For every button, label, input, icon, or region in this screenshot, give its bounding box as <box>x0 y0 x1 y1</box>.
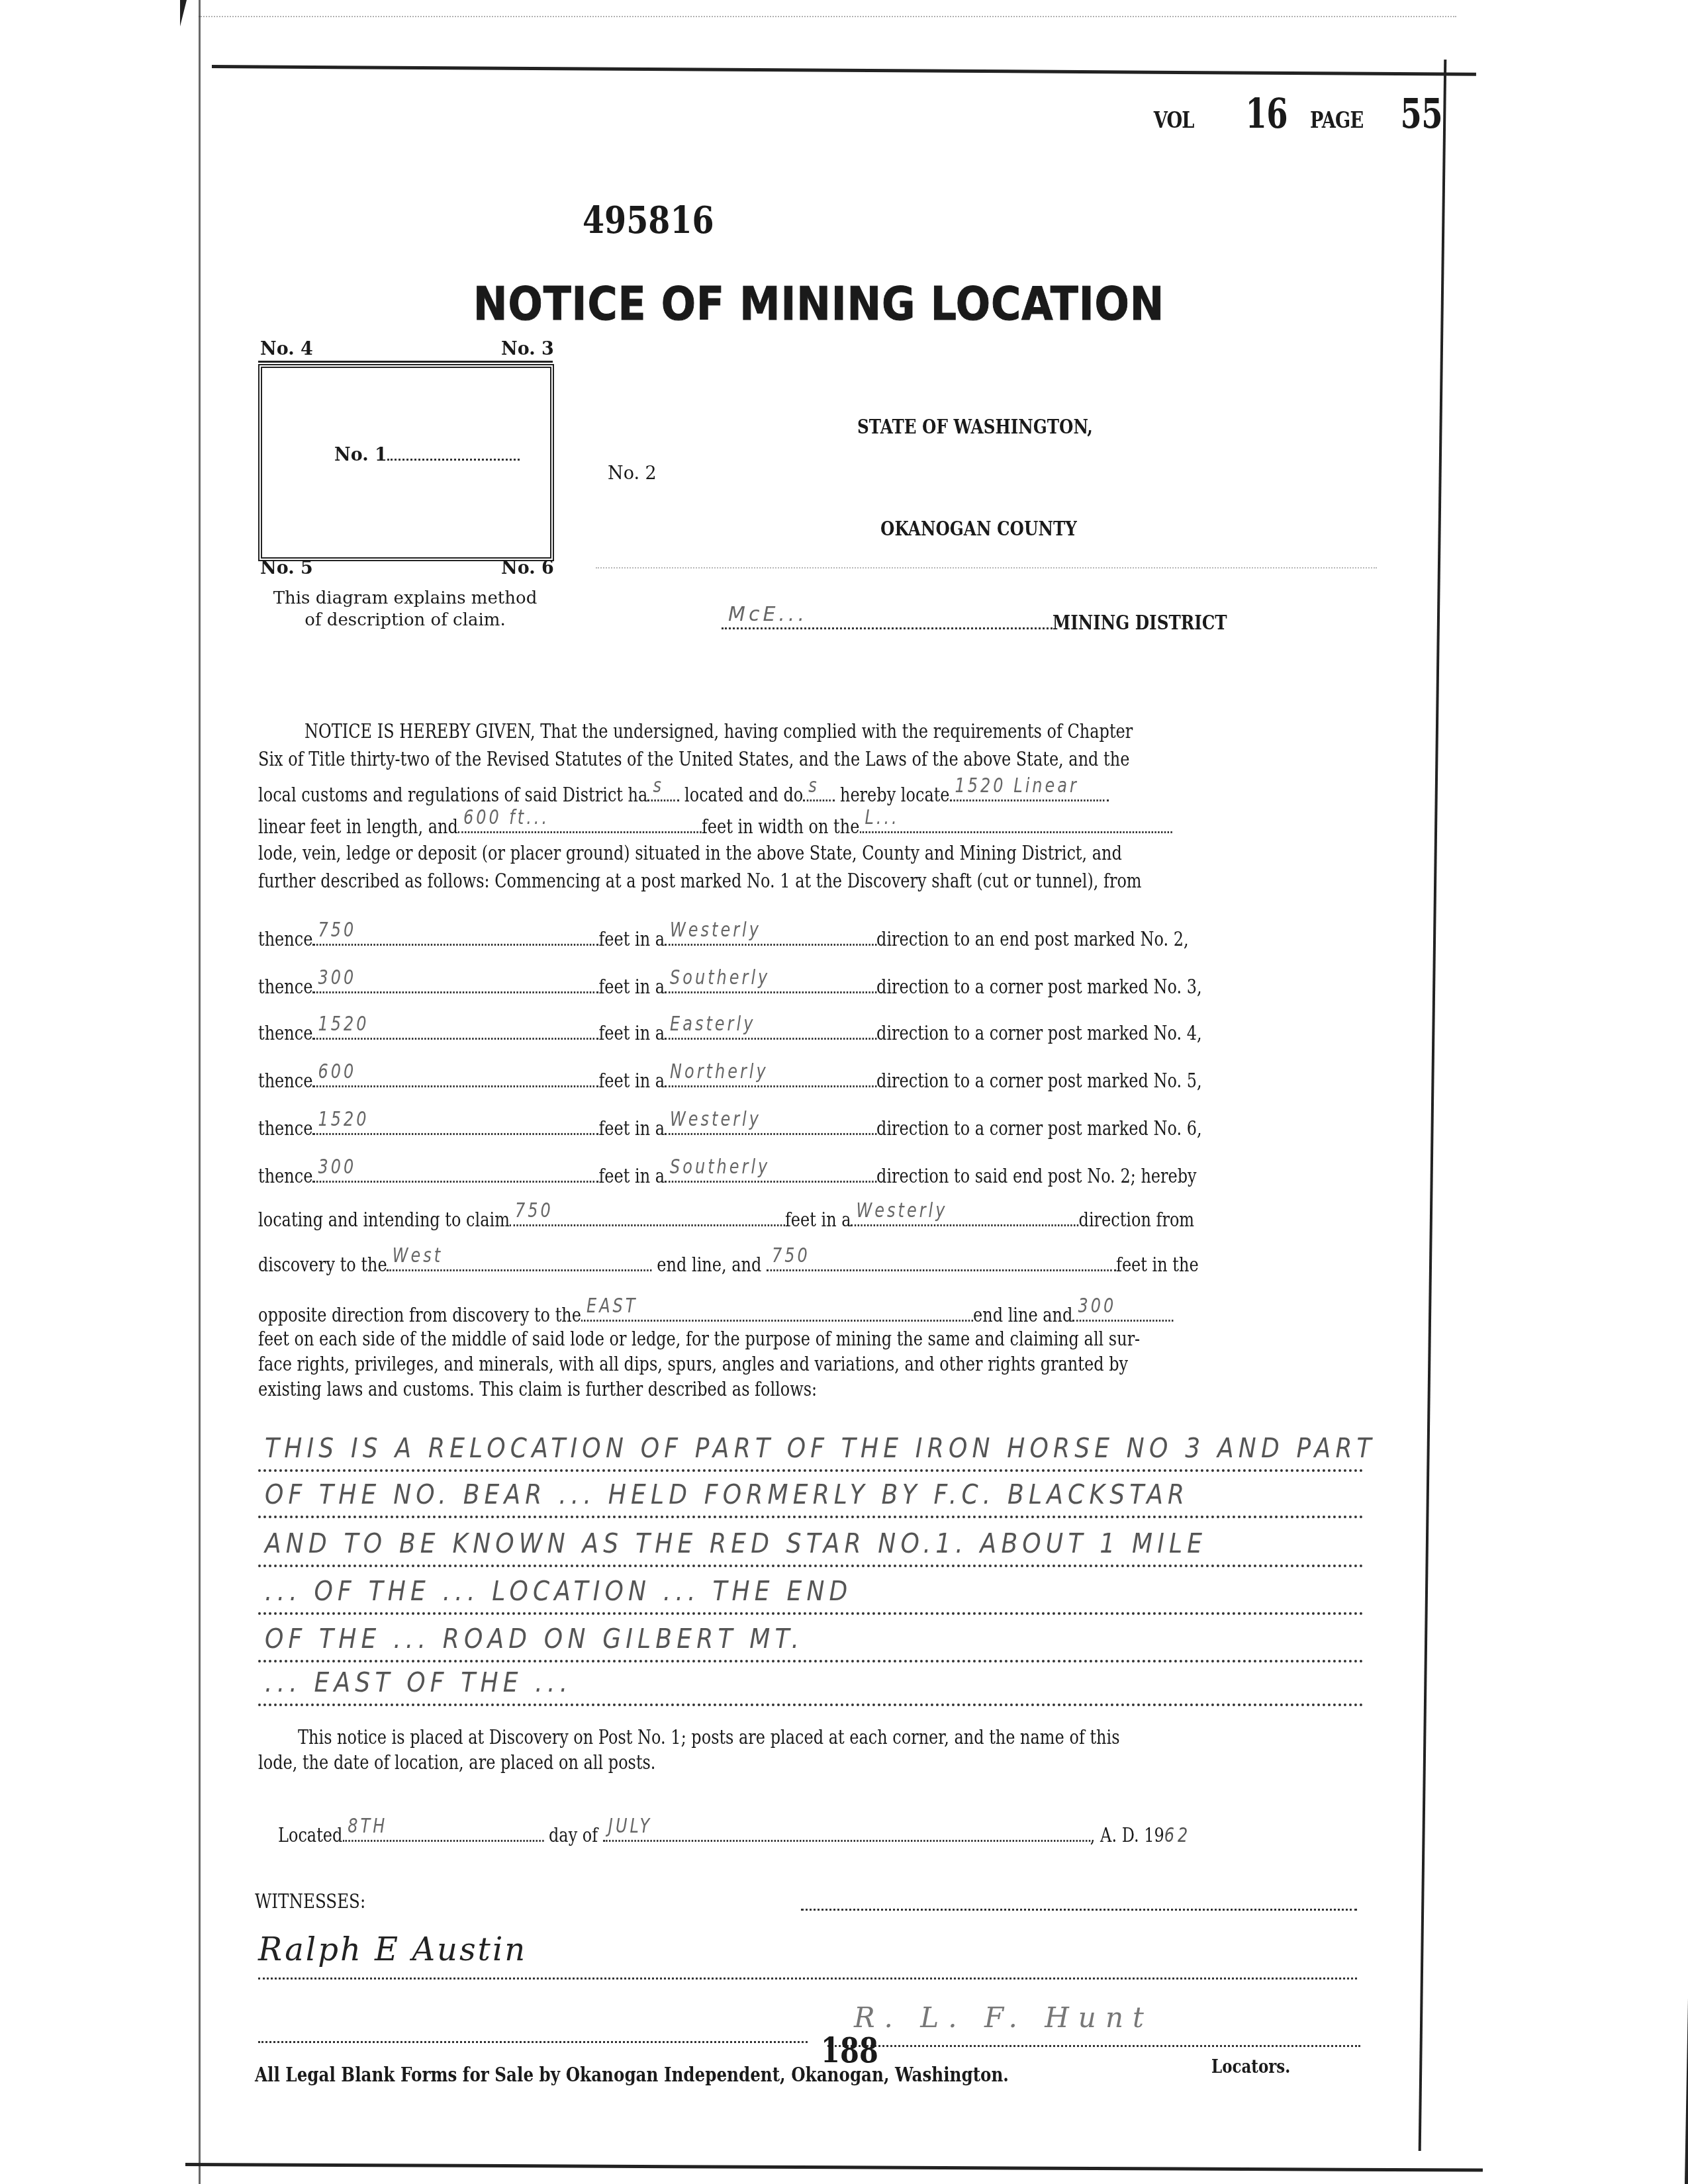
located-label: Located <box>278 1824 342 1847</box>
page-label: PAGE <box>1310 107 1363 134</box>
locator-signature-line-1 <box>801 1906 1357 1911</box>
claim-line-3: opposite direction from discovery to the… <box>258 1301 1357 1328</box>
text: Locators. <box>1211 2056 1290 2077</box>
text: feet in a <box>598 928 665 951</box>
diagram-caption: This diagram explains method of descript… <box>259 588 551 631</box>
has-value: s <box>653 774 664 798</box>
mining-district-line: McE...MINING DISTRICT <box>722 609 1265 635</box>
county-text: OKANOGAN COUNTY <box>880 518 1077 541</box>
description-line: OF THE ... ROAD ON GILBERT MT. <box>258 1619 1364 1662</box>
text: end line, and <box>657 1253 761 1277</box>
diagram-corner-no5: No. 5 <box>260 558 313 578</box>
located-date-line: Located8TH day of JULY, A. D. 1962 <box>258 1821 1377 1848</box>
course-text: thence1520feet in aEasterlydirection to … <box>258 1019 1202 1046</box>
course-row: thence300feet in aSoutherlydirection to … <box>258 1162 1357 1189</box>
text: direction to a corner post marked No. 3, <box>876 976 1202 999</box>
page-left-border <box>199 0 201 2184</box>
locate-field: 1520 Linear <box>950 781 1109 801</box>
direction-field: Northerly <box>665 1067 876 1087</box>
document-number: 495816 <box>583 199 714 242</box>
course-text: thence750feet in aWesterlydirection to a… <box>258 925 1189 952</box>
course-row: thence600feet in aNortherlydirection to … <box>258 1067 1357 1093</box>
direction-field: Easterly <box>665 1019 876 1040</box>
text: direction to a corner post marked No. 5, <box>876 1069 1202 1093</box>
scan-artifact <box>199 7 1456 17</box>
caption-line: This diagram explains method <box>259 588 551 610</box>
notice-text: lode, vein, ledge or deposit (or placer … <box>258 842 1122 866</box>
notice-line-4: linear feet in length, and600 ft...feet … <box>258 813 1357 839</box>
page-bottom-border <box>185 2163 1483 2172</box>
feet-field: 1520 <box>312 1019 598 1040</box>
claim-direction-field: Westerly <box>851 1206 1079 1226</box>
do-field: s <box>803 781 835 801</box>
text: located and do <box>684 784 803 807</box>
text: feet in a <box>598 1117 665 1140</box>
course-text: thence300feet in aSoutherlydirection to … <box>258 973 1202 999</box>
claim-text: existing laws and customs. This claim is… <box>258 1378 817 1402</box>
course-row: thence1520feet in aWesterlydirection to … <box>258 1115 1357 1141</box>
claim-line-1: locating and intending to claim750feet i… <box>258 1206 1357 1232</box>
vol-number: 16 <box>1245 89 1287 138</box>
text: locating and intending to claim <box>258 1208 510 1232</box>
dotted-leader <box>387 445 520 461</box>
claim-text: face rights, privileges, and minerals, w… <box>258 1353 1128 1377</box>
text: local customs and regulations of said Di… <box>258 784 647 807</box>
day-of-label: day of <box>549 1824 598 1847</box>
text: opposite direction from discovery to the <box>258 1304 581 1327</box>
state-heading: STATE OF WASHINGTON, <box>857 416 1145 439</box>
vol-label: VOL <box>1154 107 1194 134</box>
scan-artifact <box>596 566 1377 569</box>
notice-text: NOTICE IS HEREBY GIVEN, That the undersi… <box>305 720 1133 744</box>
text: feet in a <box>785 1208 851 1232</box>
diagram-corner-no4: No. 4 <box>260 339 313 359</box>
posting-text: This notice is placed at Discovery on Po… <box>298 1726 1120 1750</box>
direction-field: Southerly <box>665 1162 876 1183</box>
witness-signature: Ralph E Austin <box>258 1931 527 1968</box>
text: feet in a <box>598 1069 665 1093</box>
caption-line: of description of claim. <box>259 610 551 631</box>
month-field: JULY <box>603 1821 1090 1842</box>
text: hereby locate <box>840 784 950 807</box>
state-text: STATE OF WASHINGTON, <box>857 416 1093 439</box>
notice-text: local customs and regulations of said Di… <box>258 781 1109 807</box>
end-line-value: West <box>393 1244 443 1268</box>
claim-line-2: discovery to theWest end line, and 750fe… <box>258 1251 1357 1277</box>
year-label: , A. D. 19 <box>1090 1824 1164 1847</box>
diagram-corner-no6: No. 6 <box>501 558 554 578</box>
text: feet in a <box>598 1165 665 1188</box>
page-number: 55 <box>1400 89 1442 138</box>
claim-line-6: existing laws and customs. This claim is… <box>258 1378 1357 1402</box>
mining-district-value: McE... <box>728 603 808 626</box>
course-text: thence600feet in aNortherlydirection to … <box>258 1067 1202 1093</box>
description-text: OF THE ... ROAD ON GILBERT MT. <box>265 1624 804 1655</box>
feet-field: 1520 <box>312 1115 598 1135</box>
feet-value: 600 <box>318 1060 356 1084</box>
description-text: OF THE NO. BEAR ... HELD FORMERLY BY F.C… <box>265 1480 1189 1510</box>
claim-text: feet on each side of the middle of said … <box>258 1328 1140 1351</box>
locate-value: 1520 Linear <box>955 774 1079 798</box>
direction-value: Westerly <box>670 1108 761 1132</box>
width-value: 600 ft... <box>463 806 549 830</box>
opposite-feet-field: 750 <box>767 1251 1116 1271</box>
locator-signature-line-2 <box>827 2042 1360 2047</box>
opposite-end-line-field: EAST <box>581 1301 973 1322</box>
description-line: THIS IS A RELOCATION OF PART OF THE IRON… <box>258 1428 1364 1472</box>
claim-text: discovery to theWest end line, and 750fe… <box>258 1251 1199 1277</box>
text: thence <box>258 976 312 999</box>
witnesses-label: WITNESSES: <box>255 1890 390 1913</box>
text: discovery to the <box>258 1253 387 1277</box>
feet-value: 1520 <box>318 1108 369 1132</box>
notice-text: Six of Title thirty-two of the Revised S… <box>258 748 1129 772</box>
direction-value: Easterly <box>670 1013 755 1036</box>
claim-text: locating and intending to claim750feet i… <box>258 1206 1194 1232</box>
direction-value: Northerly <box>670 1060 769 1084</box>
direction-value: Southerly <box>670 966 770 990</box>
text: direction to an end post marked No. 2, <box>876 928 1189 951</box>
width-field: 600 ft... <box>458 813 702 833</box>
course-row: thence750feet in aWesterlydirection to a… <box>258 925 1357 952</box>
side-width-value: 300 <box>1078 1295 1116 1318</box>
diagram-corner-no3: No. 3 <box>501 339 554 359</box>
locators-label: Locators. <box>1211 2056 1307 2077</box>
witness-signature-line <box>258 1975 1357 1979</box>
text: thence <box>258 928 312 951</box>
located-text: Located8TH day of JULY, A. D. 1962 <box>278 1821 1191 1848</box>
has-field: s <box>647 781 679 801</box>
text: feet in a <box>598 976 665 999</box>
direction-field: Westerly <box>665 1115 876 1135</box>
mining-district-field: McE... <box>722 609 1053 629</box>
claim-feet-field: 750 <box>510 1206 785 1226</box>
text: feet in width on the <box>702 815 859 839</box>
description-text: ... OF THE ... LOCATION ... THE END <box>265 1576 852 1607</box>
opposite-feet-value: 750 <box>772 1244 810 1268</box>
feet-value: 750 <box>318 919 356 942</box>
text: All Legal Blank Forms for Sale by Okanog… <box>255 2064 1009 2087</box>
text: thence <box>258 1117 312 1140</box>
notice-line-1: NOTICE IS HEREBY GIVEN, That the undersi… <box>258 720 1403 744</box>
scan-artifact <box>180 0 187 26</box>
page-title: NOTICE OF MINING LOCATION <box>473 277 1164 331</box>
course-text: thence1520feet in aWesterlydirection to … <box>258 1115 1202 1141</box>
feet-field: 300 <box>312 1162 598 1183</box>
description-line: ... OF THE ... LOCATION ... THE END <box>258 1571 1364 1615</box>
volume-stamp: VOL 16 PAGE 55 <box>1149 89 1449 138</box>
text: linear feet in length, and <box>258 815 458 839</box>
text: direction from <box>1079 1208 1195 1232</box>
text: end line and <box>973 1304 1072 1327</box>
diagram-center-no1: No. 1 <box>334 445 520 465</box>
feet-field: 300 <box>312 973 598 993</box>
notice-line-6: further described as follows: Commencing… <box>258 870 1357 893</box>
do-value: s <box>808 774 820 798</box>
description-line: ... EAST OF THE ... <box>258 1662 1364 1706</box>
lode-field: L... <box>859 813 1172 833</box>
direction-field: Westerly <box>665 925 876 946</box>
text: thence <box>258 1165 312 1188</box>
text: thence <box>258 1022 312 1045</box>
end-line-field: West <box>387 1251 652 1271</box>
text: WITNESSES: <box>255 1890 365 1913</box>
notice-text: linear feet in length, and600 ft...feet … <box>258 813 1172 839</box>
diagram-top-rule <box>258 361 553 363</box>
claim-line-5: face rights, privileges, and minerals, w… <box>258 1353 1357 1377</box>
mining-district-label: MINING DISTRICT <box>1053 612 1227 635</box>
feet-field: 750 <box>312 925 598 946</box>
notice-text: further described as follows: Commencing… <box>258 870 1142 893</box>
direction-value: Westerly <box>670 919 761 942</box>
text: direction to said end post No. 2; hereby <box>876 1165 1197 1188</box>
lode-value: L... <box>865 806 899 830</box>
claim-direction-value: Westerly <box>857 1199 948 1223</box>
opposite-end-line-value: EAST <box>586 1295 637 1318</box>
county-heading: OKANOGAN COUNTY <box>880 518 1120 541</box>
day-value: 8TH <box>348 1815 387 1839</box>
text: feet in a <box>598 1022 665 1045</box>
page-top-border <box>212 65 1476 76</box>
course-row: thence300feet in aSoutherlydirection to … <box>258 973 1357 999</box>
direction-field: Southerly <box>665 973 876 993</box>
notice-line-3: local customs and regulations of said Di… <box>258 781 1357 807</box>
course-text: thence300feet in aSoutherlydirection to … <box>258 1162 1197 1189</box>
side-width-field: 300 <box>1072 1301 1173 1322</box>
year-value: 62 <box>1164 1824 1191 1847</box>
claim-feet-value: 750 <box>515 1199 553 1223</box>
claim-line-4: feet on each side of the middle of said … <box>258 1328 1357 1351</box>
scan-artifact <box>1685 1886 1688 2184</box>
course-row: thence1520feet in aEasterlydirection to … <box>258 1019 1357 1046</box>
feet-value: 1520 <box>318 1013 369 1036</box>
feet-field: 600 <box>312 1067 598 1087</box>
description-text: ... EAST OF THE ... <box>265 1668 572 1698</box>
locator-signature: R. L. F. Hunt <box>854 2001 1153 2034</box>
month-value: JULY <box>608 1815 652 1839</box>
text: thence <box>258 1069 312 1093</box>
description-text: THIS IS A RELOCATION OF PART OF THE IRON… <box>265 1433 1376 1464</box>
text: feet in the <box>1116 1253 1199 1277</box>
direction-value: Southerly <box>670 1156 770 1179</box>
page-right-border <box>1419 60 1447 2151</box>
diagram-center-label: No. 1 <box>334 445 387 465</box>
notice-line-5: lode, vein, ledge or deposit (or placer … <box>258 842 1357 866</box>
posting-text: lode, the date of location, are placed o… <box>258 1751 656 1775</box>
text: direction to a corner post marked No. 6, <box>876 1117 1202 1140</box>
posting-line-2: lode, the date of location, are placed o… <box>258 1751 1357 1775</box>
day-field: 8TH <box>342 1821 543 1842</box>
claim-text: opposite direction from discovery to the… <box>258 1301 1173 1328</box>
feet-value: 300 <box>318 966 356 990</box>
posting-line-1: This notice is placed at Discovery on Po… <box>258 1726 1397 1750</box>
publisher-footer: All Legal Blank Forms for Sale by Okanog… <box>255 2064 1174 2087</box>
description-line: AND TO BE KNOWN AS THE RED STAR NO.1. AB… <box>258 1524 1364 1567</box>
description-text: AND TO BE KNOWN AS THE RED STAR NO.1. AB… <box>265 1529 1207 1559</box>
description-line: OF THE NO. BEAR ... HELD FORMERLY BY F.C… <box>258 1475 1364 1518</box>
feet-value: 300 <box>318 1156 356 1179</box>
notice-line-2: Six of Title thirty-two of the Revised S… <box>258 748 1357 772</box>
text: direction to a corner post marked No. 4, <box>876 1022 1202 1045</box>
diagram-end-post-no2: No. 2 <box>608 463 657 484</box>
witness-signature-line-2 <box>258 2038 808 2043</box>
